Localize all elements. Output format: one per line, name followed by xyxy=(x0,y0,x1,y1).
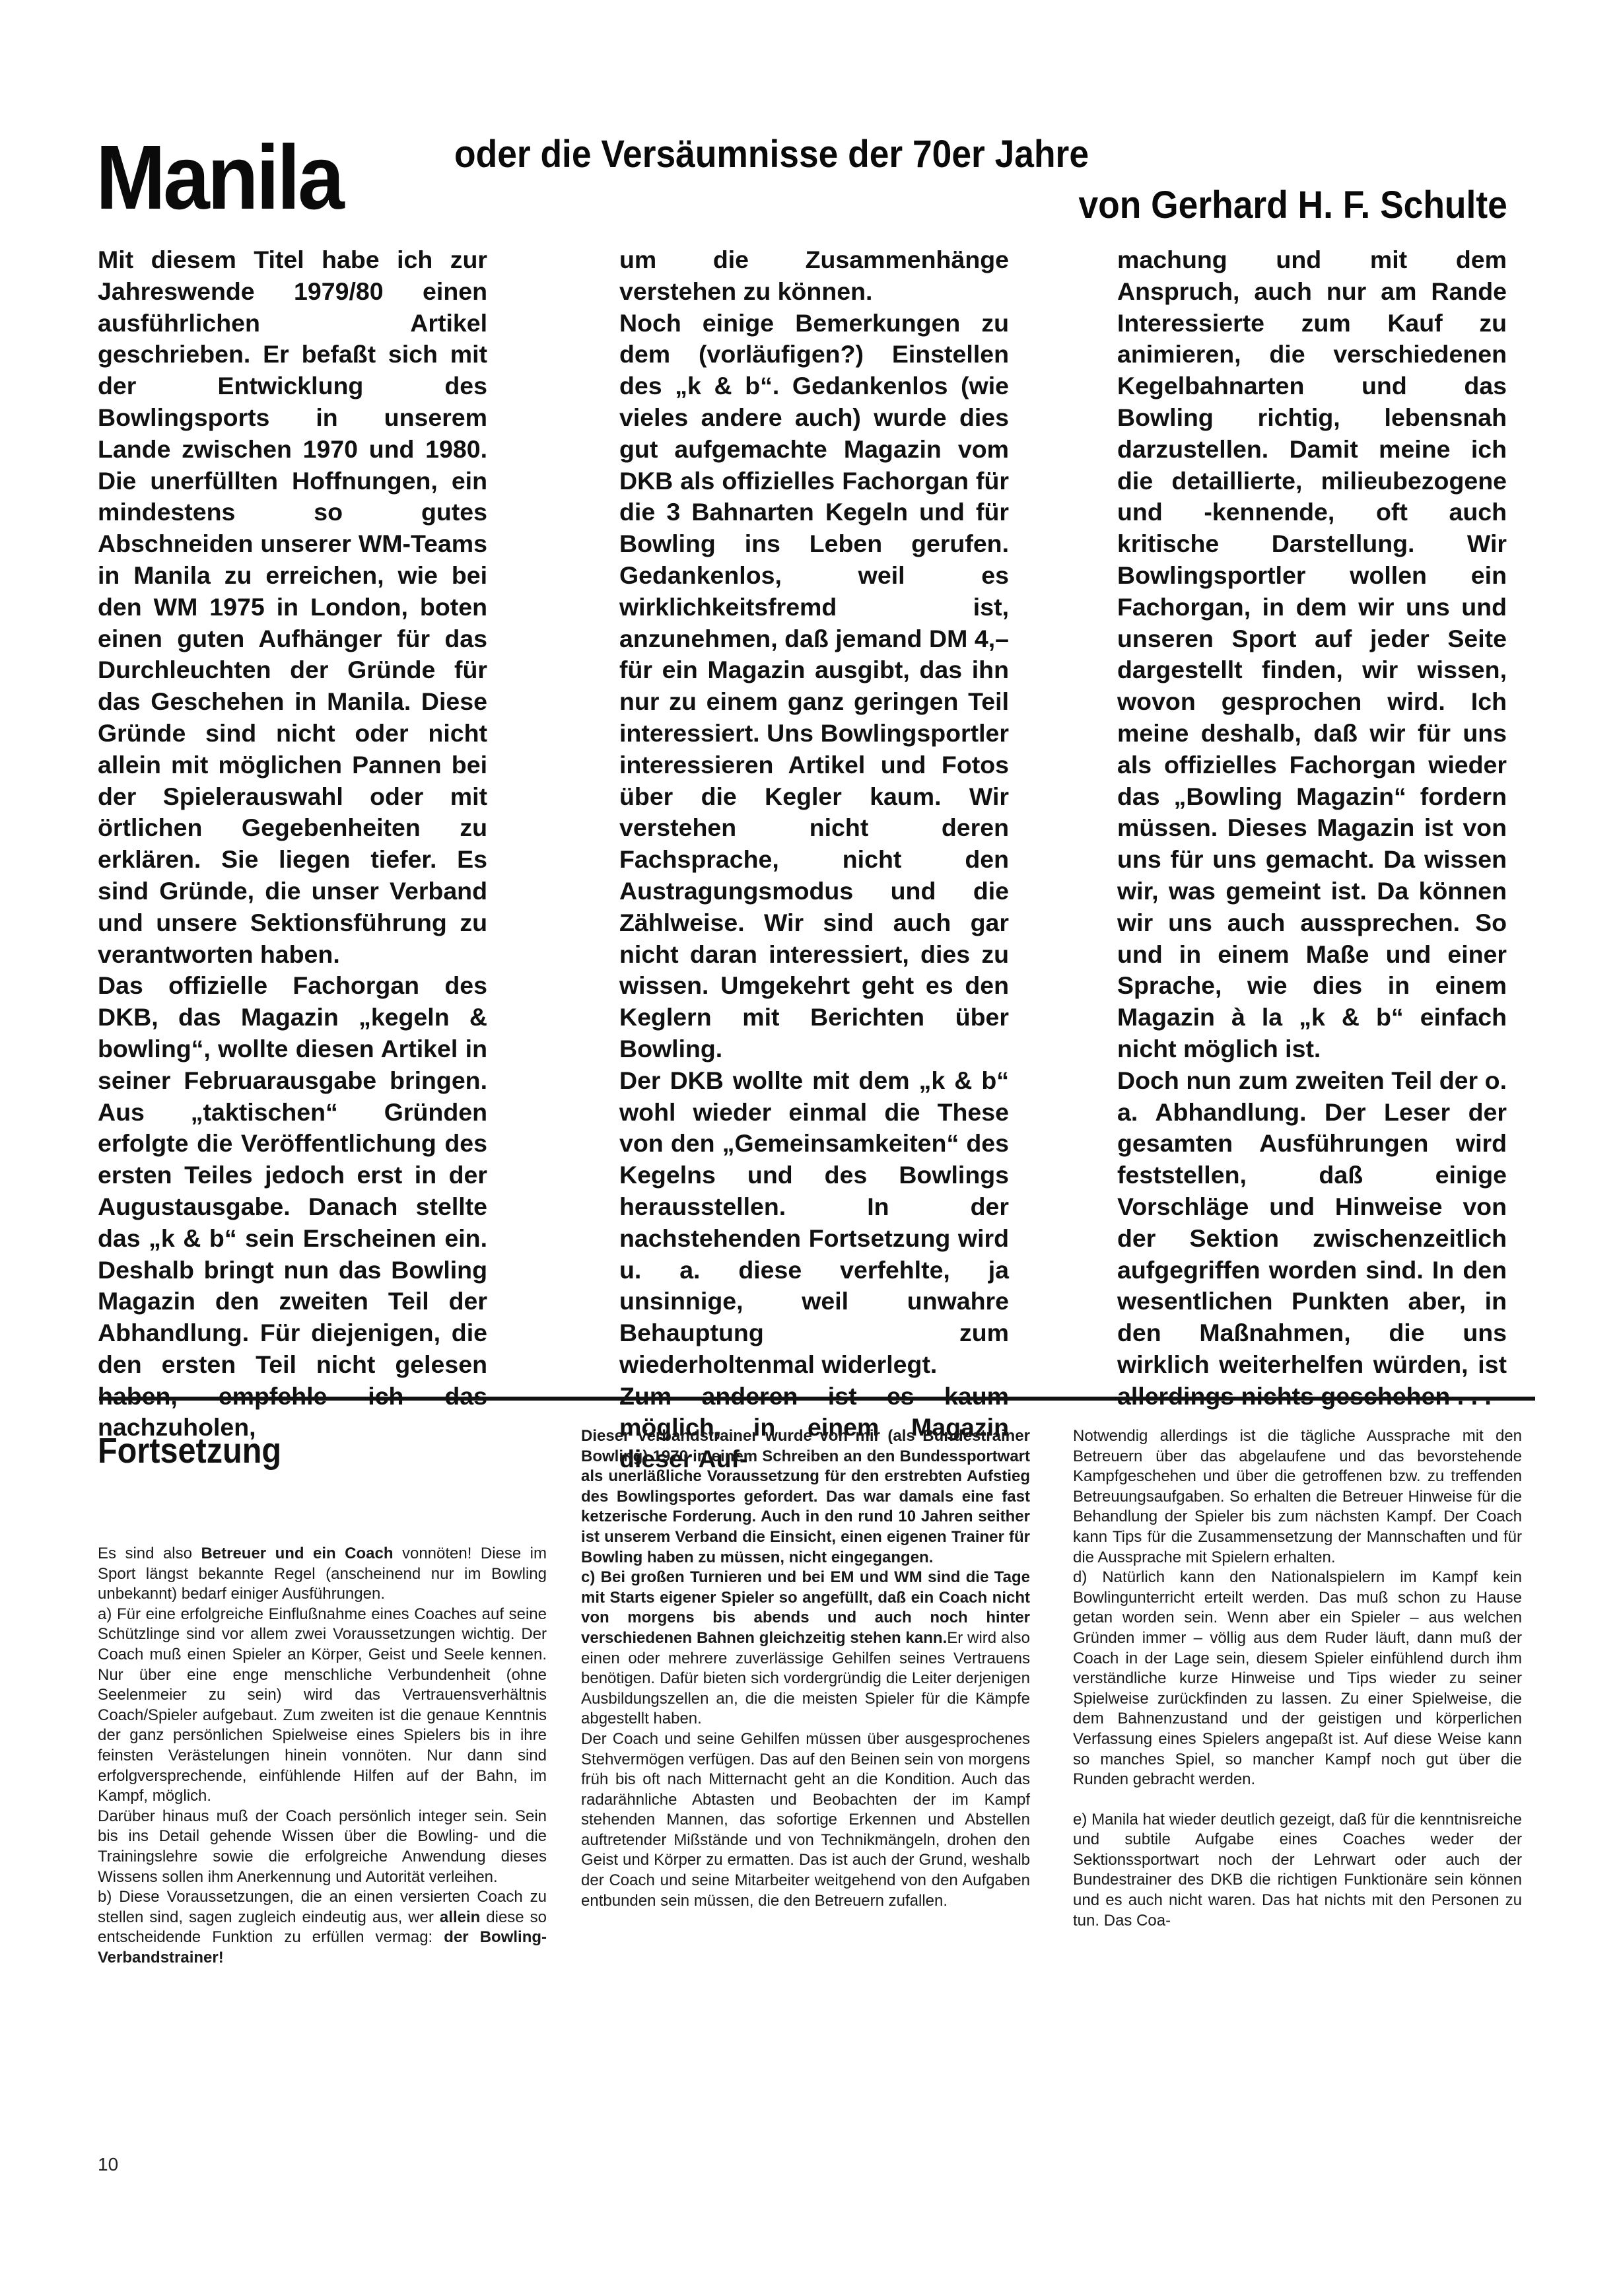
paragraph: Der DKB wollte mit dem „k & b“ wohl wied… xyxy=(619,1065,1009,1381)
paragraph: um die Zusammenhänge verstehen zu können… xyxy=(619,244,1009,308)
article-byline: von Gerhard H. F. Schulte xyxy=(1079,186,1507,225)
paragraph: Doch nun zum zweiten Teil der o. a. Abha… xyxy=(1117,1065,1507,1412)
bold-text-run: allein xyxy=(440,1908,480,1926)
paragraph: e) Manila hat wieder deutlich gezeigt, d… xyxy=(1073,1810,1522,1931)
paragraph: a) Für eine erfolgreiche Einflußnahme ei… xyxy=(98,1605,547,1807)
magazine-page: Manila oder die Versäumnisse der 70er Ja… xyxy=(0,0,1621,2296)
paragraph: d) Natürlich kann den Nationalspielern i… xyxy=(1073,1568,1522,1790)
paragraph: Mit diesem Titel habe ich zur Jahreswend… xyxy=(98,244,487,970)
continuation-column-1: Es sind also Betreuer und ein Coach vonn… xyxy=(98,1544,547,1968)
paragraph: b) Diese Voraussetzungen, die an einen v… xyxy=(98,1887,547,1968)
page-number: 10 xyxy=(98,2154,118,2175)
bold-text-run: Betreuer und ein Coach xyxy=(201,1545,393,1562)
paragraph: Darüber hinaus muß der Coach persönlich … xyxy=(98,1807,547,1887)
article-title: Manila xyxy=(96,132,342,223)
paragraph: c) Bei großen Turnieren und bei EM und W… xyxy=(581,1568,1030,1729)
article-subtitle: oder die Versäumnisse der 70er Jahre xyxy=(454,135,1089,174)
paragraph: Der Coach und seine Gehilfen müssen über… xyxy=(581,1729,1030,1911)
paragraph: Das offizielle Fachorgan des DKB, das Ma… xyxy=(98,970,487,1444)
paragraph: Dieser Verbandstrainer wurde von mir (al… xyxy=(581,1426,1030,1568)
section-divider xyxy=(99,1397,1535,1401)
paragraph-gap xyxy=(1073,1790,1522,1810)
section-heading: Fortsetzung xyxy=(98,1433,281,1469)
continuation-column-3: Notwendig allerdings ist die tägliche Au… xyxy=(1073,1426,1522,1931)
intro-column-2: um die Zusammenhänge verstehen zu können… xyxy=(619,244,1009,1475)
text-run: Es sind also xyxy=(98,1545,201,1562)
paragraph: Noch einige Bemerkungen zu dem (vorläufi… xyxy=(619,308,1009,1065)
paragraph: Notwendig allerdings ist die tägliche Au… xyxy=(1073,1426,1522,1568)
paragraph: machung und mit dem Anspruch, auch nur a… xyxy=(1117,244,1507,1065)
continuation-column-2: Dieser Verbandstrainer wurde von mir (al… xyxy=(581,1426,1030,1911)
paragraph: Es sind also Betreuer und ein Coach vonn… xyxy=(98,1544,547,1605)
intro-column-3: machung und mit dem Anspruch, auch nur a… xyxy=(1117,244,1507,1412)
intro-column-1: Mit diesem Titel habe ich zur Jahreswend… xyxy=(98,244,487,1444)
bold-text-run: Dieser Verbandstrainer wurde von mir (al… xyxy=(581,1427,1030,1566)
